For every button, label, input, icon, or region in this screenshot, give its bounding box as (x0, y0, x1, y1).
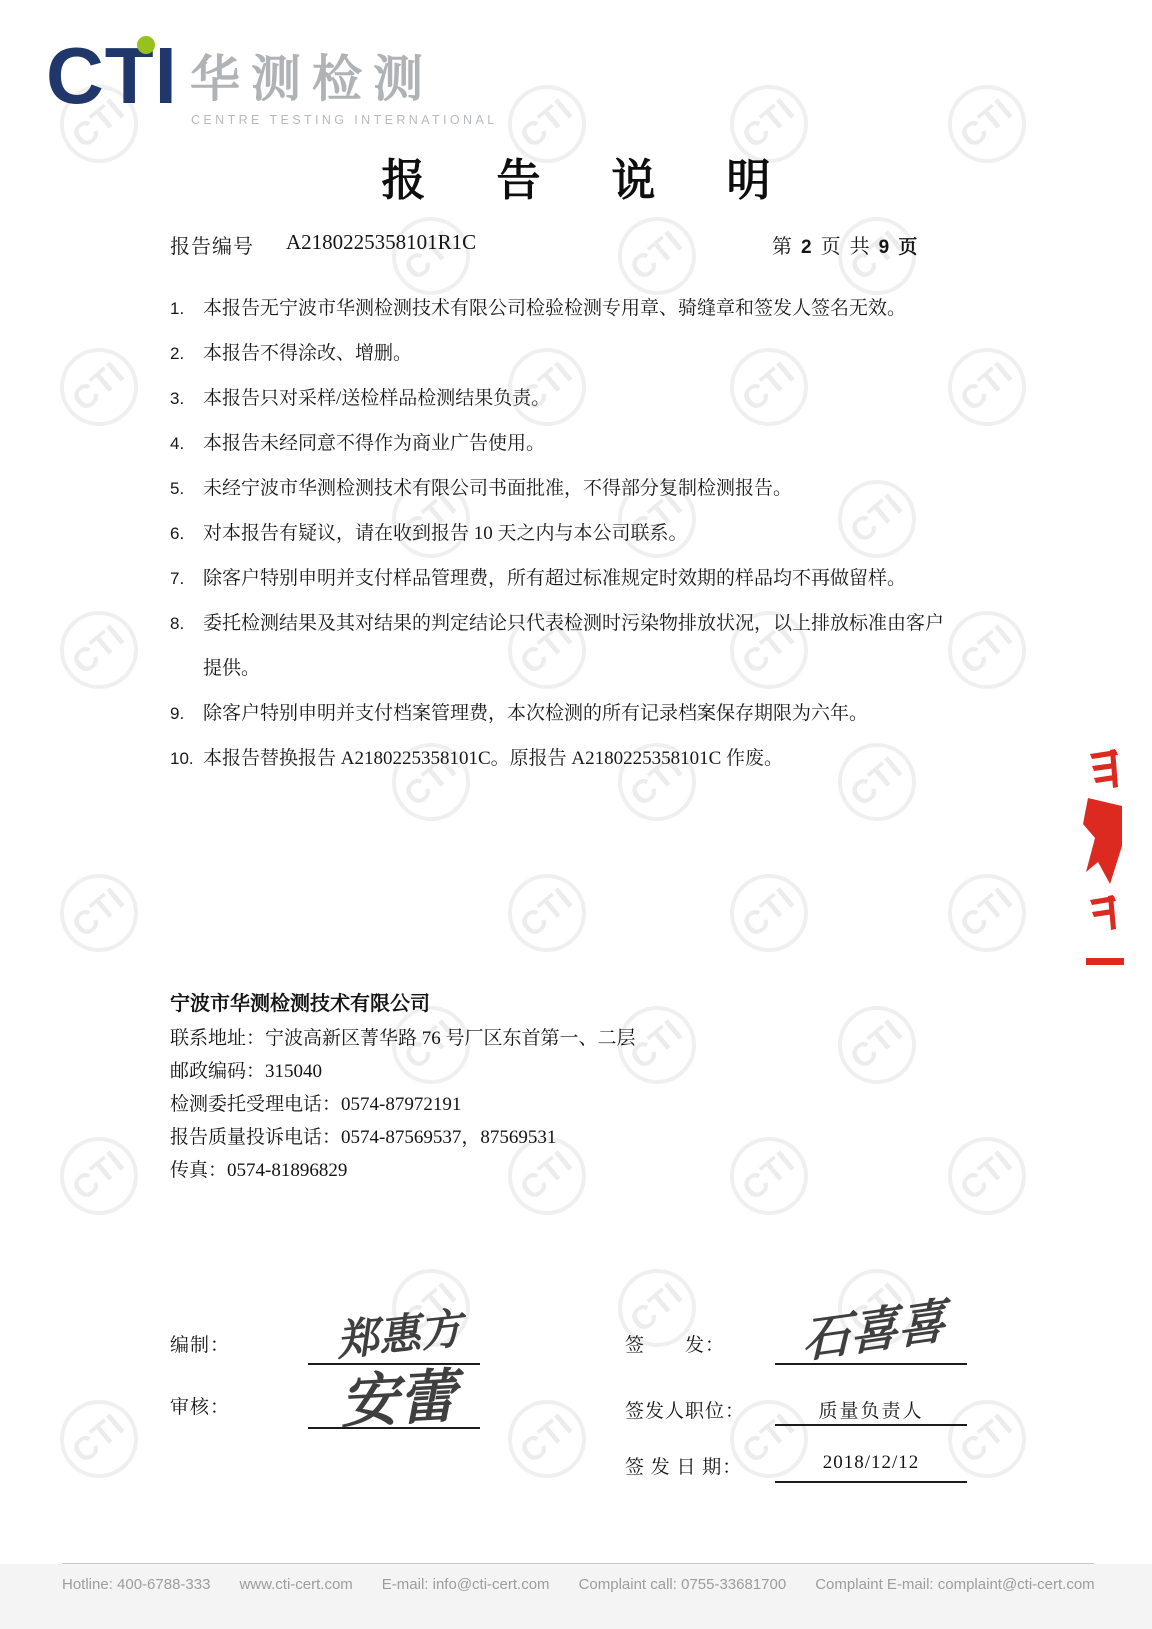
issuer-title-line (775, 1424, 967, 1426)
reviewed-by-signature-line (308, 1427, 480, 1429)
note-item: 2. 本报告不得涂改、增删。 (170, 331, 945, 376)
prepared-by-label: 编制： (170, 1330, 230, 1357)
report-number-row: 报告编号 A2180225358101R1C (170, 230, 476, 259)
note-number: 5. (170, 466, 184, 511)
note-number: 6. (170, 511, 184, 556)
page-total: 9 (879, 237, 892, 258)
company-postcode: 邮政编码：315040 (170, 1055, 636, 1088)
notes-list: 1. 本报告无宁波市华测检测技术有限公司检验检测专用章、骑缝章和签发人签名无效。… (170, 286, 945, 781)
note-item: 7. 除客户特别申明并支付样品管理费，所有超过标准规定时效期的样品均不再做留样。 (170, 556, 945, 601)
note-text: 本报告替换报告 A2180225358101C。原报告 A21802253581… (203, 748, 783, 769)
footer-item: Complaint call: 0755-33681700 (579, 1576, 787, 1593)
company-block: 宁波市华测检测技术有限公司 联系地址：宁波高新区菁华路 76 号厂区东首第一、二… (170, 986, 636, 1187)
red-stamp-fragment (1080, 742, 1152, 982)
note-text: 本报告未经同意不得作为商业广告使用。 (203, 433, 545, 454)
note-number: 9. (170, 691, 184, 736)
note-text: 除客户特别申明并支付档案管理费，本次检测的所有记录档案保存期限为六年。 (203, 703, 868, 724)
issue-date-line (775, 1481, 967, 1483)
note-item: 3. 本报告只对采样/送检样品检测结果负责。 (170, 376, 945, 421)
note-number: 10. (170, 736, 194, 781)
cti-logo-english: CENTRE TESTING INTERNATIONAL (191, 113, 498, 127)
reviewed-by-signature: 安蕾 (338, 1349, 458, 1439)
page-number: 第 2 页 共 9 页 (772, 230, 919, 259)
note-item: 1. 本报告无宁波市华测检测技术有限公司检验检测专用章、骑缝章和签发人签名无效。 (170, 286, 945, 331)
note-item: 6. 对本报告有疑议，请在收到报告 10 天之内与本公司联系。 (170, 511, 945, 556)
note-text: 除客户特别申明并支付样品管理费，所有超过标准规定时效期的样品均不再做留样。 (203, 568, 906, 589)
note-number: 4. (170, 421, 184, 466)
issued-by-signature: 石喜喜 (803, 1282, 946, 1372)
page-current: 2 (801, 237, 814, 258)
reviewed-by-label: 审核： (170, 1392, 230, 1419)
note-text: 本报告不得涂改、增删。 (203, 343, 412, 364)
footer: Hotline: 400-6788-333www.cti-cert.comE-m… (62, 1576, 1102, 1593)
company-complaint-phone: 报告质量投诉电话：0574-87569537，87569531 (170, 1121, 636, 1154)
note-text: 本报告只对采样/送检样品检测结果负责。 (203, 388, 550, 409)
note-number: 2. (170, 331, 184, 376)
company-address: 联系地址：宁波高新区菁华路 76 号厂区东首第一、二层 (170, 1022, 636, 1055)
cti-logo-chinese: 华测检测 (190, 52, 434, 107)
note-number: 3. (170, 376, 184, 421)
company-phone: 检测委托受理电话：0574-87972191 (170, 1088, 636, 1121)
note-text: 委托检测结果及其对结果的判定结论只代表检测时污染物排放状况，以上排放标准由客户提… (203, 613, 944, 679)
note-item: 8. 委托检测结果及其对结果的判定结论只代表检测时污染物排放状况，以上排放标准由… (170, 601, 945, 691)
company-fax: 传真：0574-81896829 (170, 1154, 636, 1187)
note-text: 对本报告有疑议，请在收到报告 10 天之内与本公司联系。 (203, 523, 688, 544)
footer-item: Hotline: 400-6788-333 (62, 1576, 210, 1593)
note-item: 10. 本报告替换报告 A2180225358101C。原报告 A2180225… (170, 736, 945, 781)
issue-date-label: 签 发 日 期： (625, 1452, 742, 1479)
note-item: 5. 未经宁波市华测检测技术有限公司书面批准，不得部分复制检测报告。 (170, 466, 945, 511)
issued-by-signature-line (775, 1363, 967, 1365)
note-item: 4. 本报告未经同意不得作为商业广告使用。 (170, 421, 945, 466)
note-text: 本报告无宁波市华测检测技术有限公司检验检测专用章、骑缝章和签发人签名无效。 (203, 298, 906, 319)
report-page: CTICTICTICTICTICTICTICTICTICTICTICTICTIC… (0, 0, 1152, 1629)
note-item: 9. 除客户特别申明并支付档案管理费，本次检测的所有记录档案保存期限为六年。 (170, 691, 945, 736)
note-number: 8. (170, 601, 184, 646)
company-name: 宁波市华测检测技术有限公司 (170, 986, 636, 1022)
footer-background (0, 1564, 1152, 1629)
issuer-title-label: 签发人职位： (625, 1396, 745, 1423)
note-number: 7. (170, 556, 184, 601)
page-title: 报 告 说 明 (0, 144, 1152, 208)
report-number-value: A2180225358101R1C (286, 230, 476, 259)
green-dot-icon (137, 36, 155, 54)
issued-by-label: 签 发： (625, 1330, 725, 1357)
note-text: 未经宁波市华测检测技术有限公司书面批准，不得部分复制检测报告。 (203, 478, 792, 499)
issue-date-value: 2018/12/12 (775, 1452, 967, 1474)
report-number-label: 报告编号 (170, 230, 254, 259)
footer-item: www.cti-cert.com (239, 1576, 352, 1593)
issuer-title-value: 质量负责人 (775, 1396, 967, 1423)
cti-logo-abbr: CTI (46, 36, 178, 116)
note-number: 1. (170, 286, 184, 331)
footer-item: Complaint E-mail: complaint@cti-cert.com (815, 1576, 1094, 1593)
footer-item: E-mail: info@cti-cert.com (382, 1576, 550, 1593)
footer-divider (62, 1563, 1094, 1564)
